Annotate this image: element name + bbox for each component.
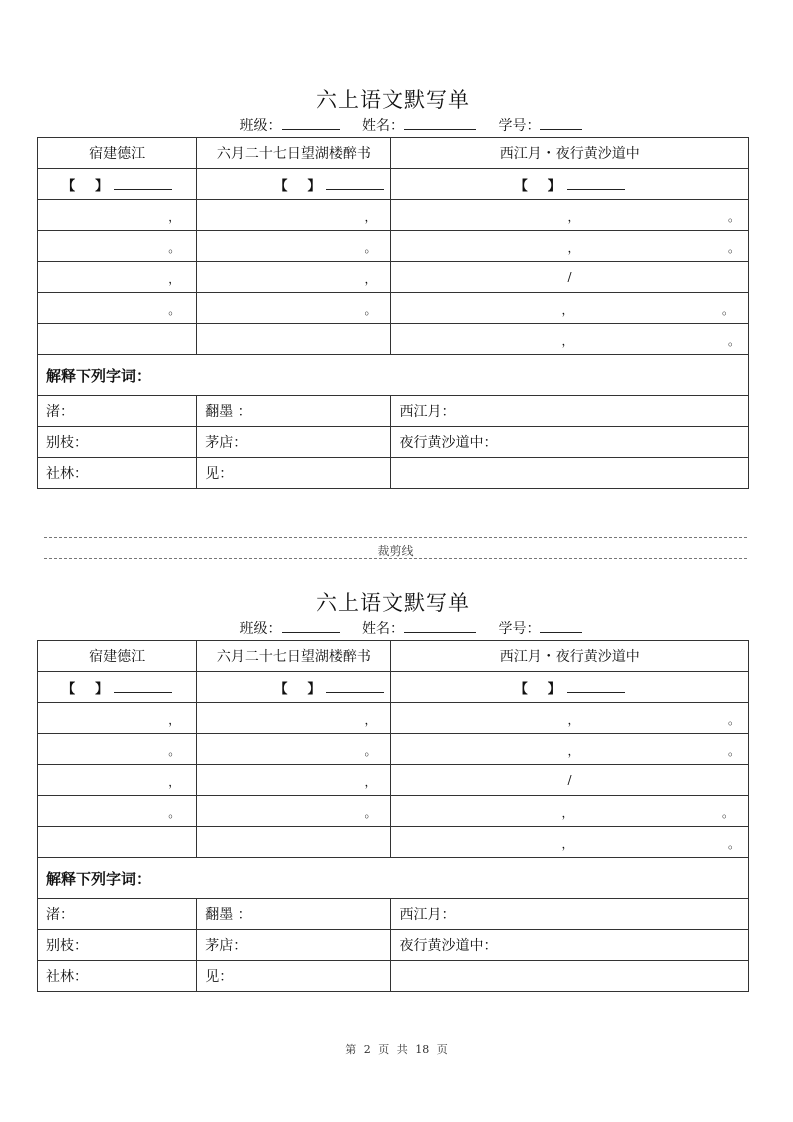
dictation-cell[interactable]: ，。 [391,734,749,765]
dictation-cell[interactable]: 。 [197,293,391,324]
poem-title: 宿建德江 [38,641,197,672]
dictation-worksheet: 六上语文默写单 班级： 姓名： 学号： 宿建德江 六月二十七日望湖楼醉书 西江月… [37,588,749,992]
section-title: 解释下列字词： [38,858,749,899]
cut-line-label: 裁剪线 [44,542,747,559]
vocab-cell[interactable] [391,961,749,992]
number-blank[interactable] [540,618,582,633]
poem-title: 宿建德江 [38,138,197,169]
dictation-cell[interactable]: ，。 [391,293,749,324]
dictation-cell[interactable]: 。 [197,734,391,765]
dictation-cell[interactable]: 。 [197,231,391,262]
class-label: 班级： [240,621,282,637]
name-label: 姓名： [362,621,404,637]
dictation-cell[interactable]: ，。 [391,796,749,827]
poem-title: 西江月・夜行黄沙道中 [391,138,749,169]
dictation-cell[interactable]: 。 [38,231,197,262]
dictation-cell[interactable]: ， [38,200,197,231]
vocab-cell[interactable]: 翻墨 ： [197,396,391,427]
author-blank[interactable]: 【】 [197,169,391,200]
dictation-cell[interactable]: ， [38,262,197,293]
author-blank[interactable]: 【】 [197,672,391,703]
dictation-cell[interactable]: ， [38,765,197,796]
dictation-cell[interactable]: / [391,765,749,796]
vocab-cell[interactable]: 茅店： [197,930,391,961]
vocab-cell[interactable]: 茅店： [197,427,391,458]
dictation-cell[interactable] [197,324,391,355]
worksheet-title: 六上语文默写单 [37,85,749,115]
class-label: 班级： [240,118,282,134]
section-title: 解释下列字词： [38,355,749,396]
number-label: 学号： [498,621,540,637]
author-blank[interactable]: 【】 [38,169,197,200]
number-blank[interactable] [540,115,582,130]
vocab-cell[interactable]: 夜行黄沙道中： [391,930,749,961]
dictation-cell[interactable]: ， [197,765,391,796]
vocab-cell[interactable]: 渚： [38,899,197,930]
dictation-cell[interactable]: 。 [38,293,197,324]
vocab-cell[interactable]: 渚： [38,396,197,427]
name-label: 姓名： [362,118,404,134]
dictation-table: 宿建德江 六月二十七日望湖楼醉书 西江月・夜行黄沙道中 【】 【】 【】 ，，，… [37,640,749,992]
dictation-cell[interactable]: ， [38,703,197,734]
dictation-cell[interactable]: ， [197,703,391,734]
class-blank[interactable] [282,115,340,130]
vocab-cell[interactable]: 社林： [38,961,197,992]
class-blank[interactable] [282,618,340,633]
poem-title: 西江月・夜行黄沙道中 [391,641,749,672]
dictation-cell[interactable]: ， [197,262,391,293]
dictation-cell[interactable]: ，。 [391,827,749,858]
dictation-cell[interactable]: ，。 [391,324,749,355]
dictation-cell[interactable]: ， [197,200,391,231]
vocab-cell[interactable]: 西江月： [391,396,749,427]
vocab-cell[interactable]: 社林： [38,458,197,489]
dictation-worksheet: 六上语文默写单 班级： 姓名： 学号： 宿建德江 六月二十七日望湖楼醉书 西江月… [37,85,749,489]
dictation-cell[interactable]: 。 [38,796,197,827]
vocab-cell[interactable]: 西江月： [391,899,749,930]
number-label: 学号： [498,118,540,134]
author-blank[interactable]: 【】 [391,169,749,200]
vocab-cell[interactable] [391,458,749,489]
dictation-cell[interactable]: / [391,262,749,293]
vocab-cell[interactable]: 见： [197,458,391,489]
poem-title: 六月二十七日望湖楼醉书 [197,138,391,169]
vocab-cell[interactable]: 见： [197,961,391,992]
dictation-table: 宿建德江 六月二十七日望湖楼醉书 西江月・夜行黄沙道中 【】 【】 【】 ，，，… [37,137,749,489]
vocab-cell[interactable]: 别枝： [38,930,197,961]
student-info: 班级： 姓名： 学号： [37,618,749,640]
dictation-cell[interactable] [38,324,197,355]
dictation-cell[interactable]: ，。 [391,703,749,734]
dictation-cell[interactable]: 。 [38,734,197,765]
vocab-cell[interactable]: 别枝： [38,427,197,458]
student-info: 班级： 姓名： 学号： [37,115,749,137]
dictation-cell[interactable] [197,827,391,858]
vocab-cell[interactable]: 翻墨 ： [197,899,391,930]
name-blank[interactable] [404,115,476,130]
dictation-cell[interactable] [38,827,197,858]
author-blank[interactable]: 【】 [391,672,749,703]
author-blank[interactable]: 【】 [38,672,197,703]
page-footer: 第 2 页 共 18 页 [0,1041,793,1057]
dictation-cell[interactable]: ，。 [391,200,749,231]
dictation-cell[interactable]: 。 [197,796,391,827]
poem-title: 六月二十七日望湖楼醉书 [197,641,391,672]
worksheet-title: 六上语文默写单 [37,588,749,618]
vocab-cell[interactable]: 夜行黄沙道中： [391,427,749,458]
cut-line: 裁剪线 [44,537,747,559]
dictation-cell[interactable]: ，。 [391,231,749,262]
name-blank[interactable] [404,618,476,633]
